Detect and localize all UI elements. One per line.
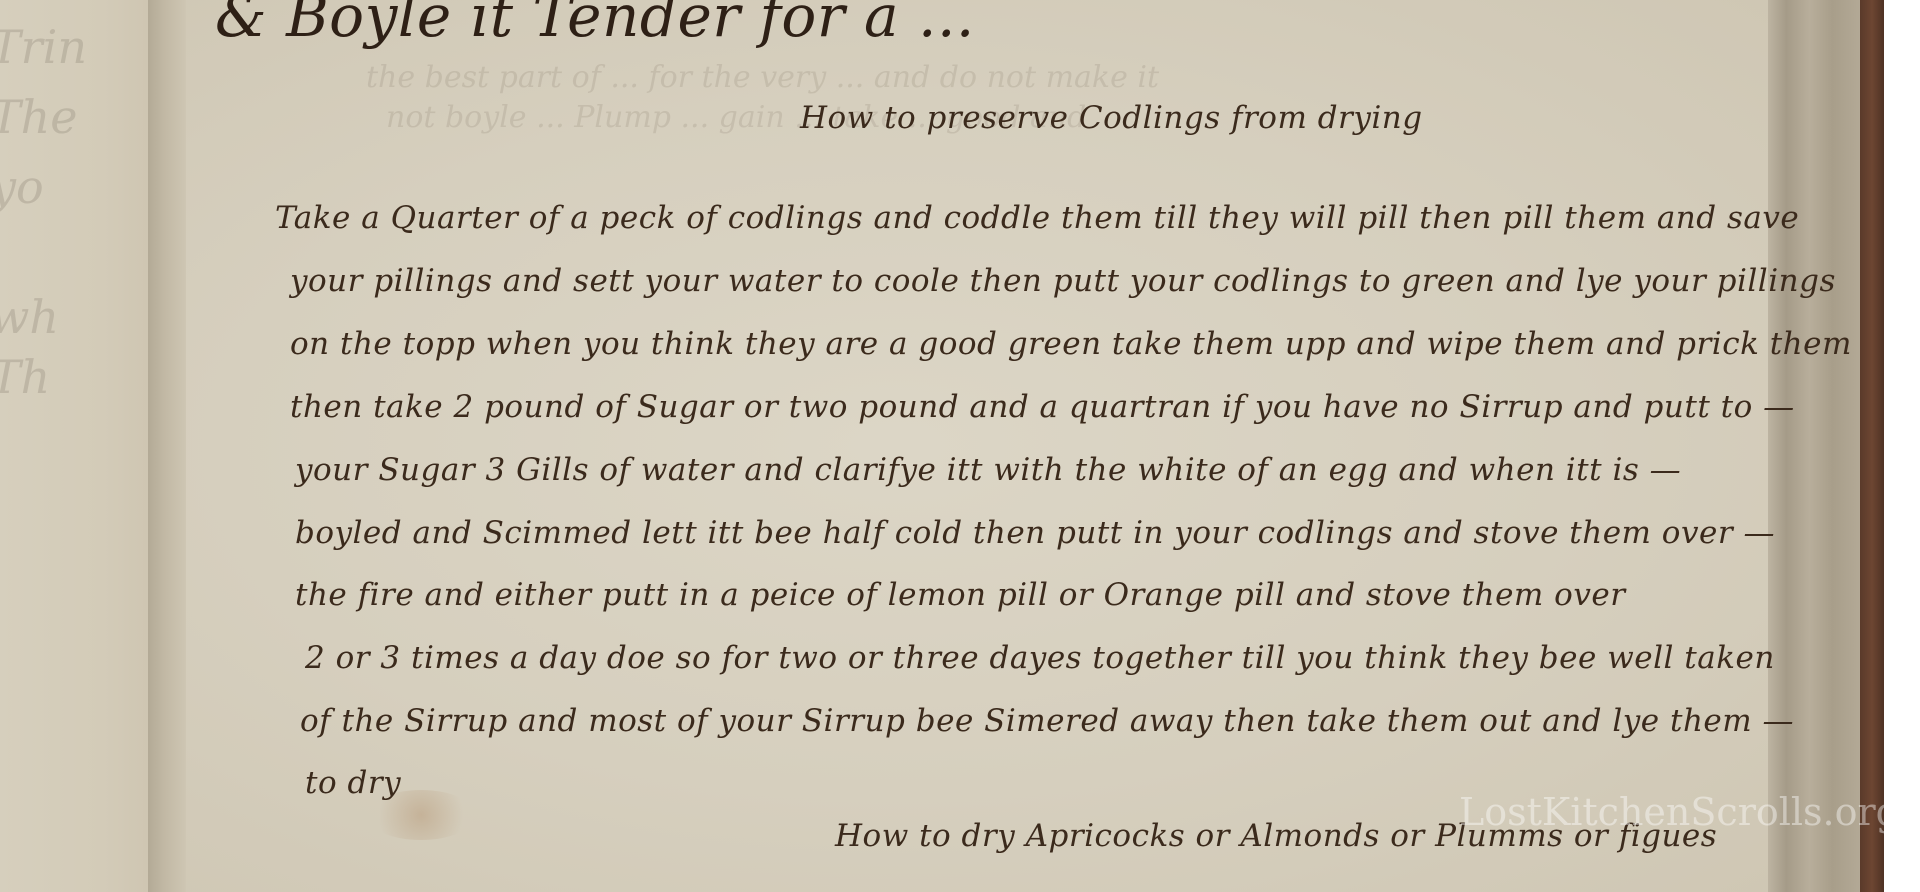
- recipe-line: your pillings and sett your water to coo…: [290, 263, 1836, 299]
- faded-left-page-writing: Th: [0, 350, 50, 404]
- faded-left-page-writing: yo: [0, 160, 44, 214]
- faded-left-page-writing: wh: [0, 290, 59, 344]
- facing-left-page: Trin The yo wh Th: [0, 0, 148, 892]
- recipe-line: to dry: [305, 765, 401, 801]
- bleed-through-text: the best part of ... for the very ... an…: [366, 60, 1159, 95]
- image-margin: [1884, 0, 1920, 892]
- faded-left-page-writing: Trin: [0, 20, 87, 74]
- recipe-line: boyled and Scimmed lett itt bee half col…: [295, 515, 1775, 551]
- top-heading: & Boyle it Tender for a ...: [215, 0, 975, 50]
- recipe-line: your Sugar 3 Gills of water and clarifye…: [295, 452, 1681, 488]
- book-gutter: [148, 0, 186, 892]
- recipe-title: How to preserve Codlings from drying: [800, 100, 1423, 136]
- watermark: LostKitchenScrolls.org: [1459, 790, 1900, 834]
- recipe-line: then take 2 pound of Sugar or two pound …: [290, 389, 1795, 425]
- recipe-line: Take a Quarter of a peck of codlings and…: [275, 200, 1799, 236]
- recipe-line: on the topp when you think they are a go…: [290, 326, 1852, 362]
- page-block-edge: [1768, 0, 1860, 892]
- faded-left-page-writing: The: [0, 90, 78, 144]
- leather-cover-edge: [1860, 0, 1884, 892]
- recipe-line: the fire and either putt in a peice of l…: [295, 577, 1626, 613]
- recipe-line: of the Sirrup and most of your Sirrup be…: [300, 703, 1794, 739]
- recipe-line: 2 or 3 times a day doe so for two or thr…: [305, 640, 1775, 676]
